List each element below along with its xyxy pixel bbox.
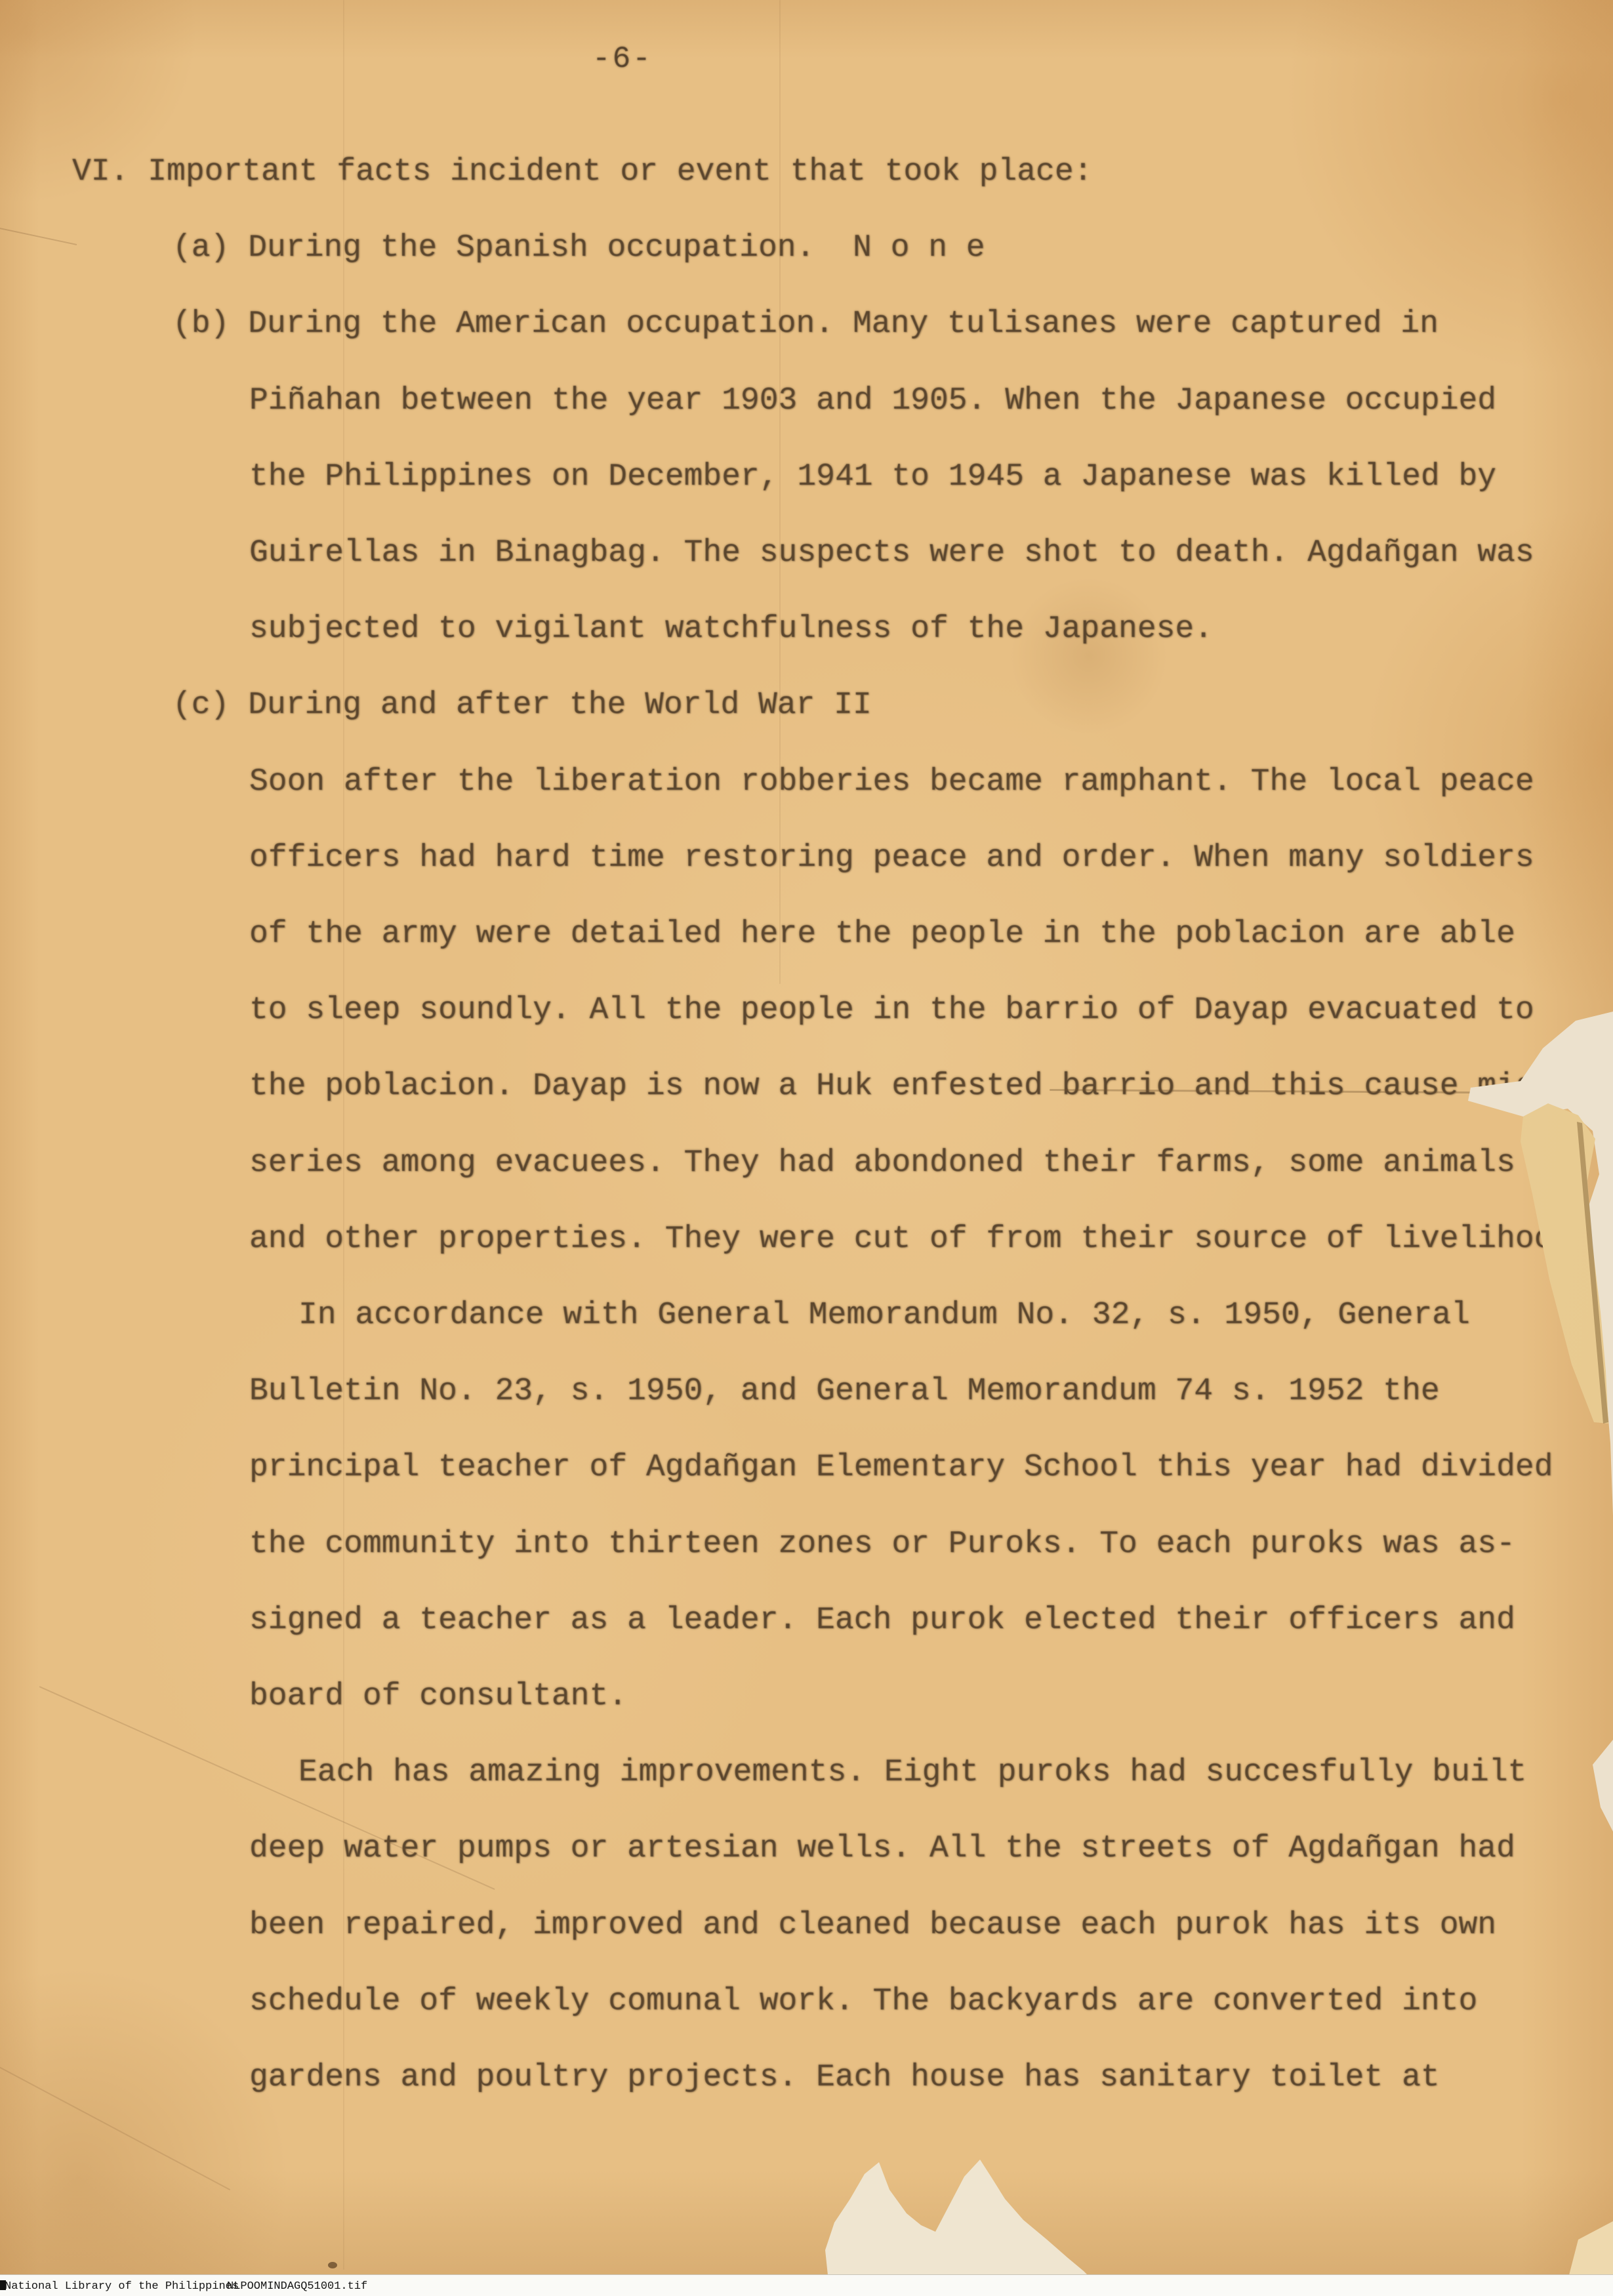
typewritten-text-block: VI. Important facts incident or event th… bbox=[0, 0, 1613, 2275]
typewritten-line: Piñahan between the year 1903 and 1905. … bbox=[249, 385, 1496, 417]
footer-library-label: National Library of the Philippines bbox=[5, 2280, 239, 2293]
typewritten-line: series among evacuees. They had abondone… bbox=[249, 1147, 1515, 1179]
typewritten-line: board of consultant. bbox=[249, 1681, 627, 1712]
footer-filename: NLPOOMINDAGQ51001.tif bbox=[227, 2280, 367, 2293]
typewritten-line: VI. Important facts incident or event th… bbox=[72, 156, 1092, 188]
typewritten-line: principal teacher of Agdañgan Elementary… bbox=[249, 1452, 1553, 1483]
typewritten-line: officers had hard time restoring peace a… bbox=[249, 842, 1534, 874]
typewritten-line: (c) During and after the World War II bbox=[173, 689, 872, 721]
typewritten-line: subjected to vigilant watchfulness of th… bbox=[249, 613, 1213, 645]
typewritten-line: deep water pumps or artesian wells. All … bbox=[249, 1833, 1515, 1864]
typewritten-line: signed a teacher as a leader. Each purok… bbox=[249, 1605, 1515, 1636]
typewritten-line: Bulletin No. 23, s. 1950, and General Me… bbox=[249, 1376, 1440, 1407]
typewritten-line: Guirellas in Binagbag. The suspects were… bbox=[249, 537, 1534, 569]
typewritten-line: schedule of weekly comunal work. The bac… bbox=[249, 1986, 1477, 2017]
typewritten-line: and other properties. They were cut of f… bbox=[249, 1223, 1591, 1255]
typewritten-line: been repaired, improved and cleaned beca… bbox=[249, 1910, 1496, 1941]
typewritten-line: (b) During the American occupation. Many… bbox=[173, 308, 1439, 340]
typewritten-line: gardens and poultry projects. Each house… bbox=[249, 2062, 1440, 2093]
typewritten-line: the poblacion. Dayap is now a Huk enfest… bbox=[249, 1071, 1553, 1102]
typewritten-line: of the army were detailed here the peopl… bbox=[249, 918, 1515, 950]
typewritten-line: to sleep soundly. All the people in the … bbox=[249, 994, 1534, 1026]
typewritten-line: the Philippines on December, 1941 to 194… bbox=[249, 461, 1496, 493]
scanned-paper-sheet: -6- VI. Important facts incident or even… bbox=[0, 0, 1613, 2275]
typewritten-line: Soon after the liberation robberies beca… bbox=[249, 766, 1534, 798]
typewritten-line: Each has amazing improvements. Eight pur… bbox=[298, 1757, 1526, 1788]
typewritten-line: In accordance with General Memorandum No… bbox=[298, 1300, 1470, 1331]
typewritten-line: (a) During the Spanish occupation. N o n… bbox=[173, 232, 985, 264]
scan-footer-bar: National Library of the Philippines NLPO… bbox=[0, 2274, 1613, 2296]
typewritten-line: the community into thirteen zones or Pur… bbox=[249, 1528, 1515, 1560]
